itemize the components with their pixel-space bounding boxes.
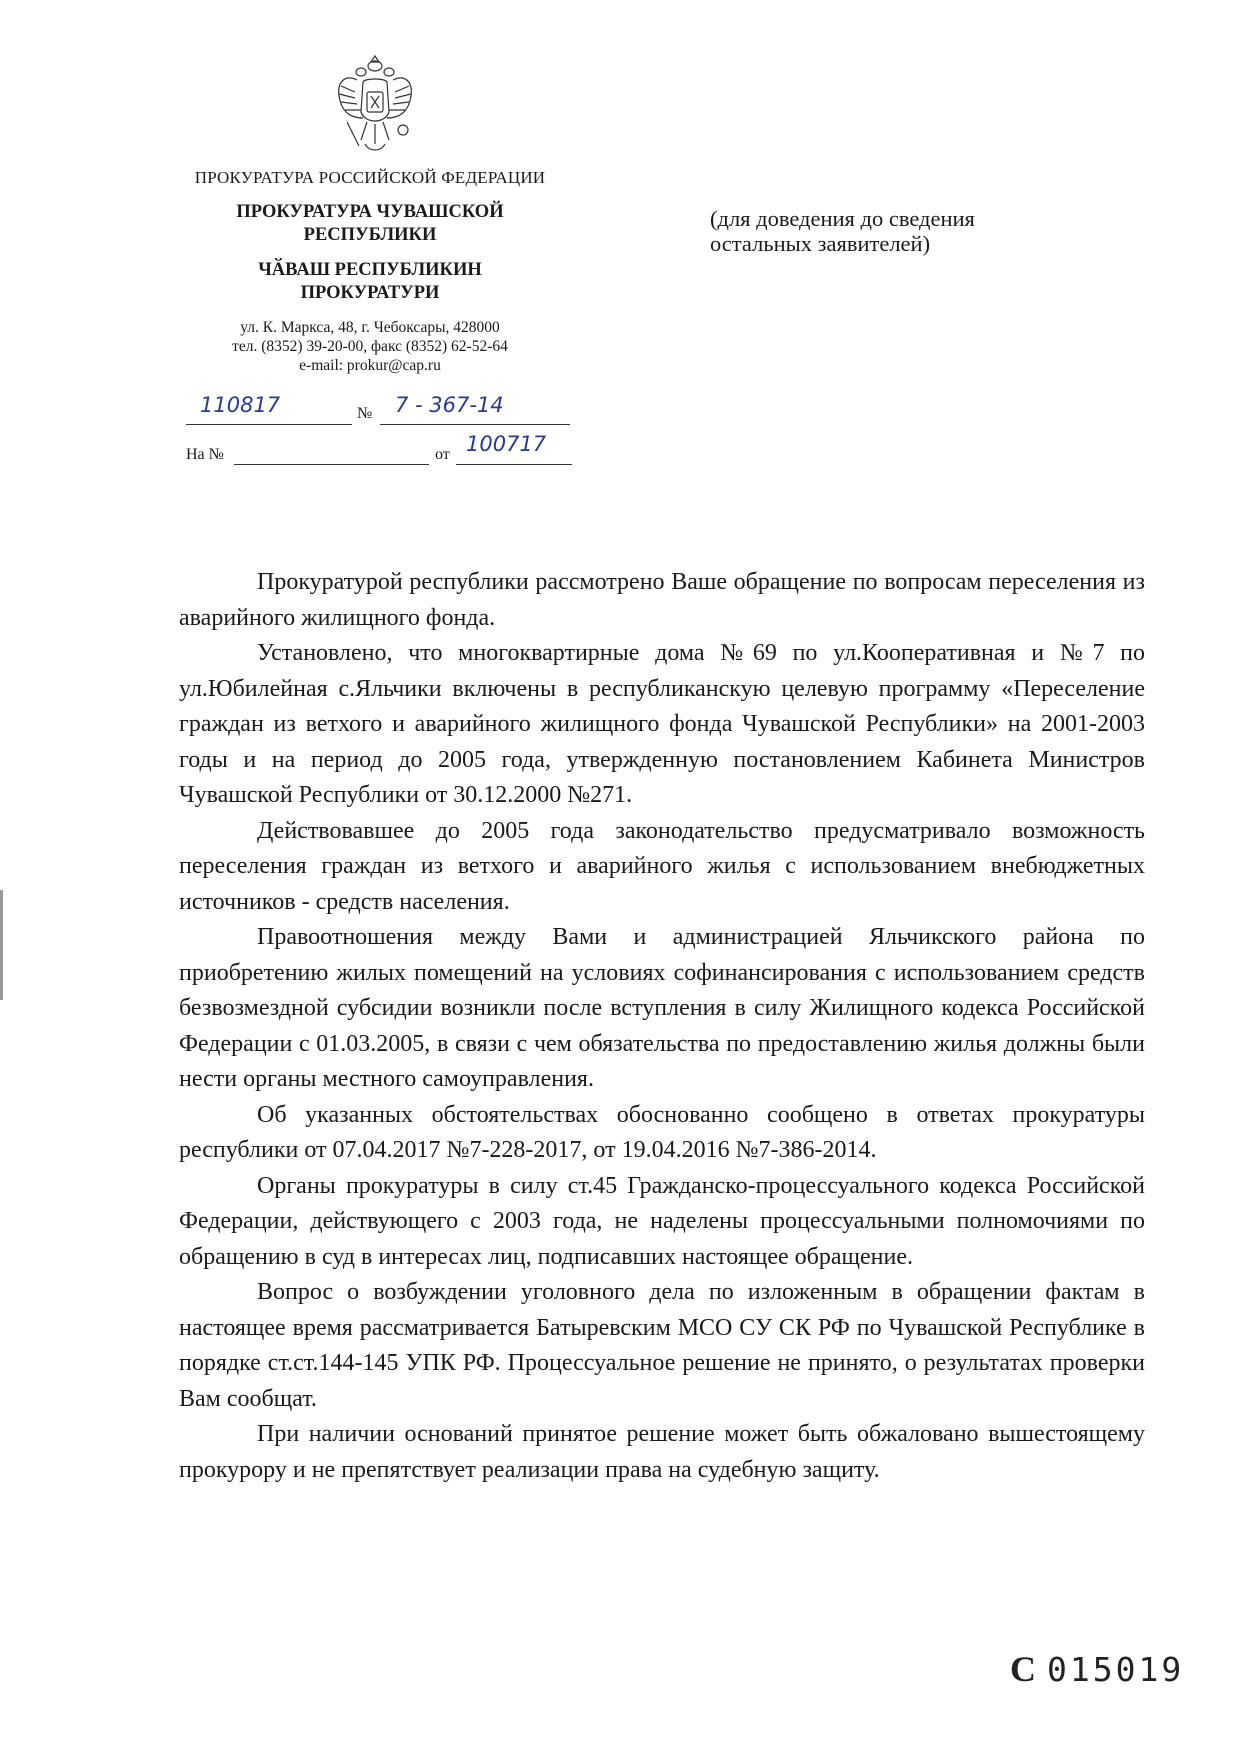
organization-name-chuvash: ЧӐВАШ РЕСПУБЛИКИН ПРОКУРАТУРИ [170, 259, 570, 305]
paragraph: Действовавшее до 2005 года законодательс… [179, 814, 1145, 921]
organization-name-line1: ПРОКУРАТУРА ЧУВАШСКОЙ [170, 201, 570, 224]
paragraph: Вопрос о возбуждении уголовного дела по … [179, 1275, 1145, 1417]
serial-letter: С [1010, 1649, 1039, 1689]
paragraph: Органы прокуратуры в силу ст.45 Гражданс… [179, 1169, 1145, 1276]
chuvash-name-line1: ЧӐВАШ РЕСПУБЛИКИН [170, 259, 570, 282]
chuvash-name-line2: ПРОКУРАТУРИ [170, 282, 570, 305]
paragraph: При наличии оснований принятое решение м… [179, 1417, 1145, 1488]
paragraph: Прокуратурой республики рассмотрено Ваше… [179, 565, 1145, 636]
contact-block: ул. К. Маркса, 48, г. Чебоксары, 428000 … [170, 318, 570, 375]
scan-edge-mark [0, 890, 3, 1000]
from-label: от [435, 446, 450, 464]
email: e-mail: prokur@cap.ru [170, 356, 570, 375]
organization-name-line2: РЕСПУБЛИКИ [170, 224, 570, 247]
in-reply-label: На № [186, 446, 224, 464]
federal-title: ПРОКУРАТУРА РОССИЙСКОЙ ФЕДЕРАЦИИ [170, 168, 570, 188]
form-serial-number: С015019 [1010, 1648, 1184, 1690]
from-date: 100717 [466, 432, 546, 456]
coat-of-arms-icon [327, 52, 423, 162]
paragraph: Об указанных обстоятельствах обоснованно… [179, 1098, 1145, 1169]
paragraph: Установлено, что многоквартирные дома №6… [179, 636, 1145, 814]
number-label: № [357, 405, 372, 423]
address: ул. К. Маркса, 48, г. Чебоксары, 428000 [170, 318, 570, 337]
addressee-note: (для доведения до сведения остальных зая… [710, 206, 1070, 256]
paragraph: Правоотношения между Вами и администраци… [179, 920, 1145, 1098]
addressee-note-line2: остальных заявителей) [710, 231, 1070, 256]
serial-digits: 015019 [1047, 1650, 1184, 1689]
addressee-note-line1: (для доведения до сведения [710, 206, 1070, 231]
outgoing-date: 110817 [200, 393, 280, 417]
outgoing-number: 7 - 367-14 [395, 393, 504, 417]
letter-body: Прокуратурой республики рассмотрено Ваше… [179, 565, 1145, 1488]
in-reply-number-line [234, 442, 429, 465]
organization-name: ПРОКУРАТУРА ЧУВАШСКОЙ РЕСПУБЛИКИ [170, 201, 570, 247]
phone-fax: тел. (8352) 39-20-00, факс (8352) 62-52-… [170, 337, 570, 356]
